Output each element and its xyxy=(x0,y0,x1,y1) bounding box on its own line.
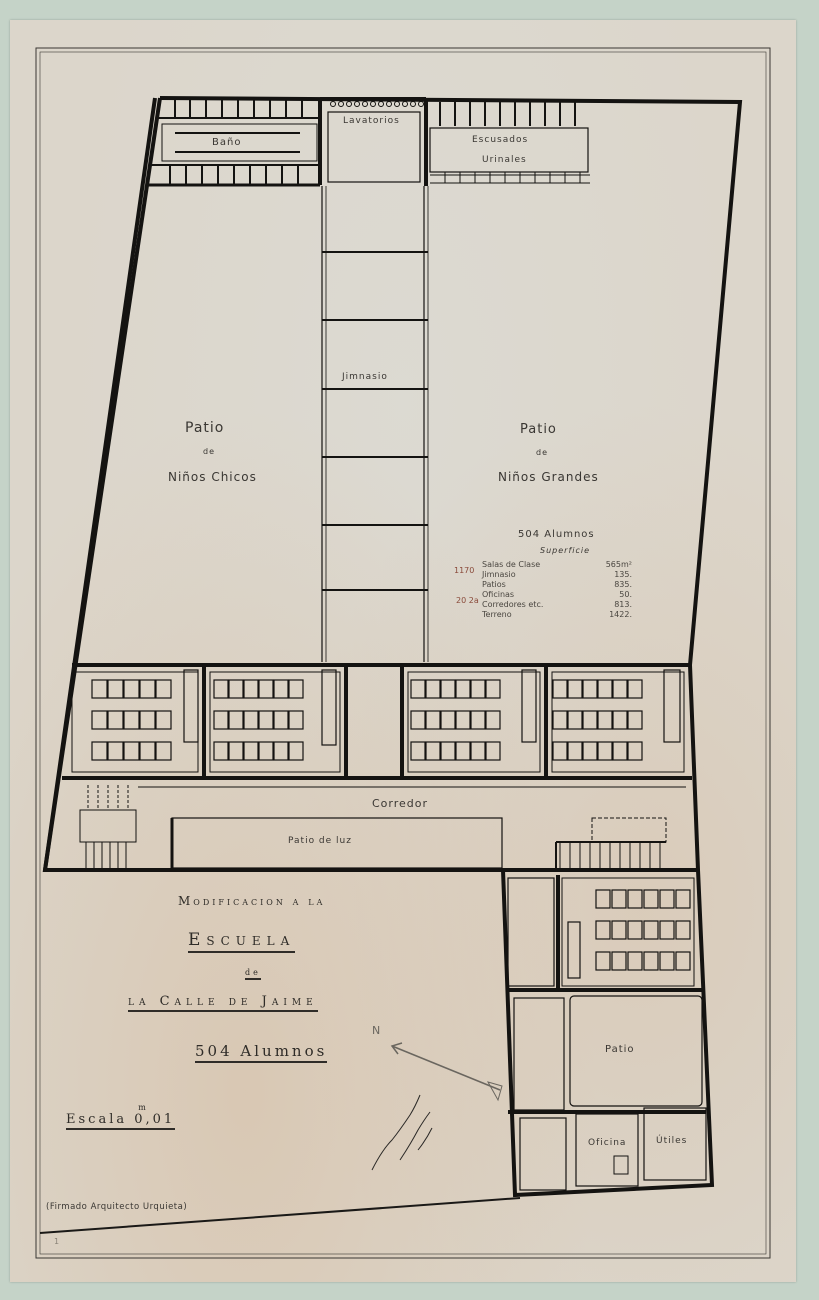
gimnasio xyxy=(322,186,428,662)
signature xyxy=(372,1095,432,1170)
label-utiles: Útiles xyxy=(656,1136,687,1146)
desks xyxy=(92,670,680,760)
summary-subheading: Superficie xyxy=(540,546,590,555)
building-outline xyxy=(45,98,740,1195)
margin-note-1: 1170 xyxy=(454,566,474,575)
label-patio-chicos-de: de xyxy=(203,447,215,456)
label-ninos-chicos: Niños Chicos xyxy=(168,470,257,484)
floor-plan xyxy=(0,0,819,1300)
label-urinales: Urinales xyxy=(482,155,527,165)
title-line-4: la Calle de Jaime xyxy=(128,994,318,1012)
scale-label: Escala 0,01 m xyxy=(66,1112,175,1130)
label-oficina: Oficina xyxy=(588,1138,626,1148)
south-wing-desks xyxy=(568,890,690,978)
summary-table: Salas de Clase565m² Jimnasio135. Patios8… xyxy=(482,560,632,620)
summary-row: Oficinas50. xyxy=(482,590,632,600)
north-arrow-icon xyxy=(392,1043,502,1100)
summary-row: Terreno1422. xyxy=(482,610,632,620)
scale-unit: m xyxy=(138,1103,149,1112)
label-gimnasio: Jimnasio xyxy=(342,372,388,382)
summary-row: Patios835. xyxy=(482,580,632,590)
label-patio-luz: Patio de luz xyxy=(288,836,352,846)
north-label: N xyxy=(372,1024,380,1037)
label-lavatorios: Lavatorios xyxy=(343,116,400,126)
summary-row: Jimnasio135. xyxy=(482,570,632,580)
title-line-3: de xyxy=(245,968,261,980)
summary-row: Corredores etc.813. xyxy=(482,600,632,610)
summary-heading: 504 Alumnos xyxy=(518,529,595,540)
label-ninos-grandes: Niños Grandes xyxy=(498,470,599,484)
label-patio-chicos: Patio xyxy=(185,420,224,436)
sheet-mark: 1 xyxy=(54,1237,60,1246)
lavatorios-room xyxy=(320,98,426,186)
scale-text: Escala xyxy=(66,1112,127,1127)
label-bano: Baño xyxy=(212,137,241,148)
label-corredor: Corredor xyxy=(372,797,428,810)
label-escusados: Escusados xyxy=(472,135,528,145)
title-line-5: 504 Alumnos xyxy=(195,1042,327,1063)
title-line-1: Modificacion a la xyxy=(178,894,325,908)
sheet-border xyxy=(36,48,770,1258)
label-patio-small: Patio xyxy=(605,1044,635,1055)
label-patio-grandes-de: de xyxy=(536,448,548,457)
label-patio-grandes: Patio xyxy=(520,422,557,437)
margin-note-2: 20 2a xyxy=(456,596,479,605)
signed-note: (Firmado Arquitecto Urquieta) xyxy=(46,1202,187,1212)
scale-value: 0,01 xyxy=(134,1112,175,1127)
title-line-2: Escuela xyxy=(188,930,295,953)
summary-row: Salas de Clase565m² xyxy=(482,560,632,570)
